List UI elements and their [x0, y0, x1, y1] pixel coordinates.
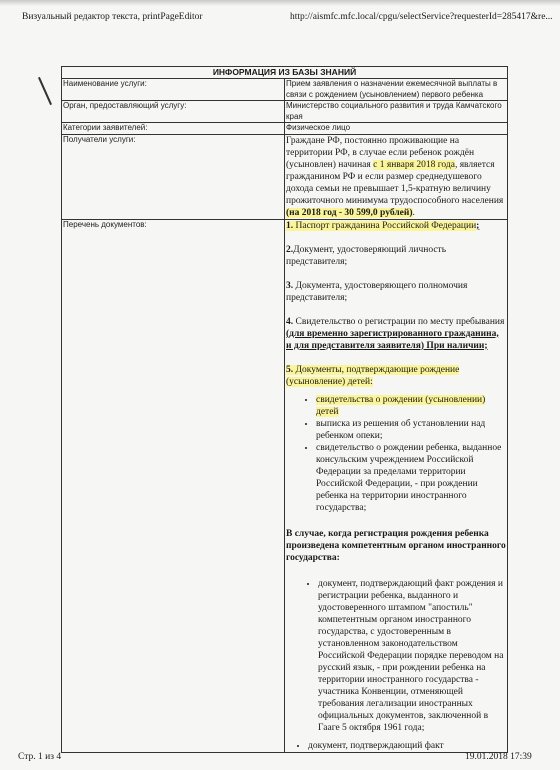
- table-row: Категории заявителей: Физическое лицо: [62, 123, 508, 135]
- authority-value: Министерство социального развития и труд…: [285, 101, 508, 123]
- applicant-categories-label: Категории заявителей:: [62, 123, 285, 135]
- recipients-label: Получатели услуги:: [62, 134, 285, 219]
- knowledge-base-table: ИНФОРМАЦИЯ ИЗ БАЗЫ ЗНАНИЙ Наименование у…: [61, 66, 508, 753]
- page-number: Стр. 1 из 4: [18, 752, 61, 762]
- recipients-value: Граждане РФ, постоянно проживающие на те…: [285, 134, 508, 219]
- foreign-registration-heading: В случае, когда регистрация рождения реб…: [286, 520, 506, 564]
- recipients-date-highlight: с 1 января 2018 года: [373, 160, 455, 170]
- table-row: Наименование услуги: Прием заявления о н…: [62, 79, 508, 101]
- additional-documents-list: документ, подтверждающий факт: [286, 740, 506, 752]
- list-item: выписка из решения об установлении над р…: [316, 418, 506, 442]
- foreign-documents-list: документ, подтверждающий факт рождения и…: [286, 578, 506, 734]
- birth-documents-list: свидетельства о рождении (усыновлении) д…: [286, 394, 506, 514]
- document-item-5: 5. Документы, подтверждающие рождение (у…: [286, 364, 506, 388]
- list-item: свидетельство о рождении ребенка, выданн…: [316, 442, 506, 514]
- document-item-3: 3. Документа, удостоверяющего полномочия…: [286, 280, 506, 304]
- authority-label: Орган, предоставляющий услугу:: [62, 101, 285, 123]
- table-row: Получатели услуги: Граждане РФ, постоянн…: [62, 134, 508, 219]
- table-row: Перечень документов: 1. Паспорт граждани…: [62, 219, 508, 752]
- list-item: документ, подтверждающий факт: [308, 740, 506, 752]
- pen-mark: [38, 77, 52, 105]
- recipients-text: .: [413, 208, 415, 218]
- service-name-label: Наименование услуги:: [62, 79, 285, 101]
- document-item-2: 2.Документ, удостоверяющий личность пред…: [286, 244, 506, 268]
- print-header-title: Визуальный редактор текста, printPageEdi…: [22, 12, 203, 22]
- table-title: ИНФОРМАЦИЯ ИЗ БАЗЫ ЗНАНИЙ: [62, 67, 508, 79]
- list-item: документ, подтверждающий факт рождения и…: [318, 578, 506, 734]
- applicant-categories-value: Физическое лицо: [285, 123, 508, 135]
- table-title-row: ИНФОРМАЦИЯ ИЗ БАЗЫ ЗНАНИЙ: [62, 67, 508, 79]
- recipients-income-highlight: (на 2018 год - 30 599,0 рублей): [286, 208, 413, 218]
- document-item-4: 4. Свидетельство о регистрации по месту …: [286, 316, 506, 352]
- print-header-url: http://aismfc.mfc.local/cpgu/selectServi…: [290, 12, 553, 22]
- document-item-1: 1. Паспорт гражданина Российской Федерац…: [286, 220, 506, 232]
- list-item: свидетельства о рождении (усыновлении) д…: [316, 394, 506, 418]
- scan-edge-shadow: [0, 0, 560, 6]
- table-row: Орган, предоставляющий услугу: Министерс…: [62, 101, 508, 123]
- documents-value: 1. Паспорт гражданина Российской Федерац…: [285, 219, 508, 752]
- service-name-value: Прием заявления о назначении ежемесячной…: [285, 79, 508, 101]
- print-datetime: 19.01.2018 17:39: [465, 752, 532, 762]
- documents-label: Перечень документов:: [62, 219, 285, 752]
